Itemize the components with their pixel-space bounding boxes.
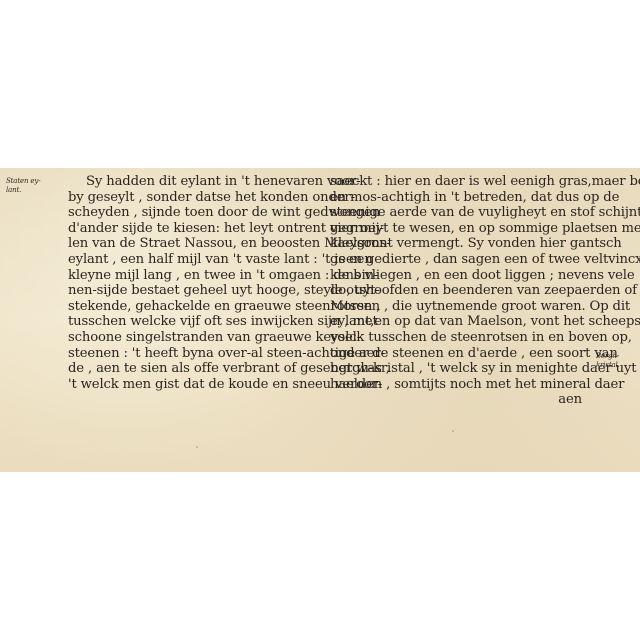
margin-note-line: Bergh- [596,352,638,361]
paper-speck [610,386,612,388]
text-line: dootshoofden en beenderen van zeepaerden… [330,283,582,299]
text-line: de , aen te sien als offe verbrant of ge… [68,361,316,377]
text-line: schoone singelstranden van graeuwe keyse… [68,330,316,346]
text-line: Sy hadden dit eylant in 't henevaren voo… [68,174,316,190]
text-line: stekende, gehackelde en graeuwe steenrot… [68,299,316,315]
text-line: volck tusschen de steenrotsen in en bove… [330,330,582,346]
margin-note-bergh-kristal: Bergh- kristal. [596,352,638,370]
text-line: Morsen , die uytnemende groot waren. Op … [330,299,582,315]
paper-speck [196,446,198,448]
margin-note-staten-eylant: Staten ey- lant. [6,177,50,195]
text-line: scheyden , sijnde toen door de wint gedw… [68,205,316,221]
catchword: aen [330,392,582,408]
text-line: haelden , somtijts noch met het mineral … [330,377,582,393]
text-line: eylant,en op dat van Maelson, vont het s… [330,314,582,330]
text-line: steenige aerde van de vuyligheyt en stof… [330,205,582,221]
text-line: kleygront vermengt. Sy vonden hier gants… [330,236,582,252]
text-line: en mos-achtigh in 't betreden, dat dus o… [330,190,582,206]
text-line: nen-sijde bestaet geheel uyt hooge, stey… [68,283,316,299]
text-line: kens vliegen , en een doot liggen ; neve… [330,268,582,284]
margin-note-line: lant. [6,186,50,195]
text-line: d'ander sijde te kiesen: het leyt ontren… [68,221,316,237]
text-line: saeckt : hier en daer is wel eenigh gras… [330,174,582,190]
text-line: tusschen welcke vijf oft ses inwijcken s… [68,314,316,330]
text-line: by geseylt , sonder datse het konden ond… [68,190,316,206]
text-line: onder de steenen en d'aerde , een soort … [330,346,582,362]
text-line: geen gedierte , dan sagen een of twee ve… [330,252,582,268]
right-text-column: saeckt : hier en daer is wel eenigh gras… [330,174,582,408]
left-text-column: Sy hadden dit eylant in 't henevaren voo… [68,174,316,392]
text-line: steenen : 't heeft byna over-al steen-ac… [68,346,316,362]
margin-note-line: kristal. [596,361,638,370]
paper-speck [452,430,454,432]
scanned-page: Staten ey- lant. Sy hadden dit eylant in… [0,168,640,472]
margin-note-line: Staten ey- [6,177,50,186]
text-line: kleyne mijl lang , en twee in 't omgaen … [68,268,316,284]
text-line: 't welck men gist dat de koude en sneeu … [68,377,316,393]
text-line: gegroeyt te wesen, en op sommige plaetse… [330,221,582,237]
text-line: bergh-kristal , 't welck sy in menighte … [330,361,582,377]
text-line: eylant , een half mijl van 't vaste lant… [68,252,316,268]
text-line: len van de Straet Nassou, en beoosten Ma… [68,236,316,252]
